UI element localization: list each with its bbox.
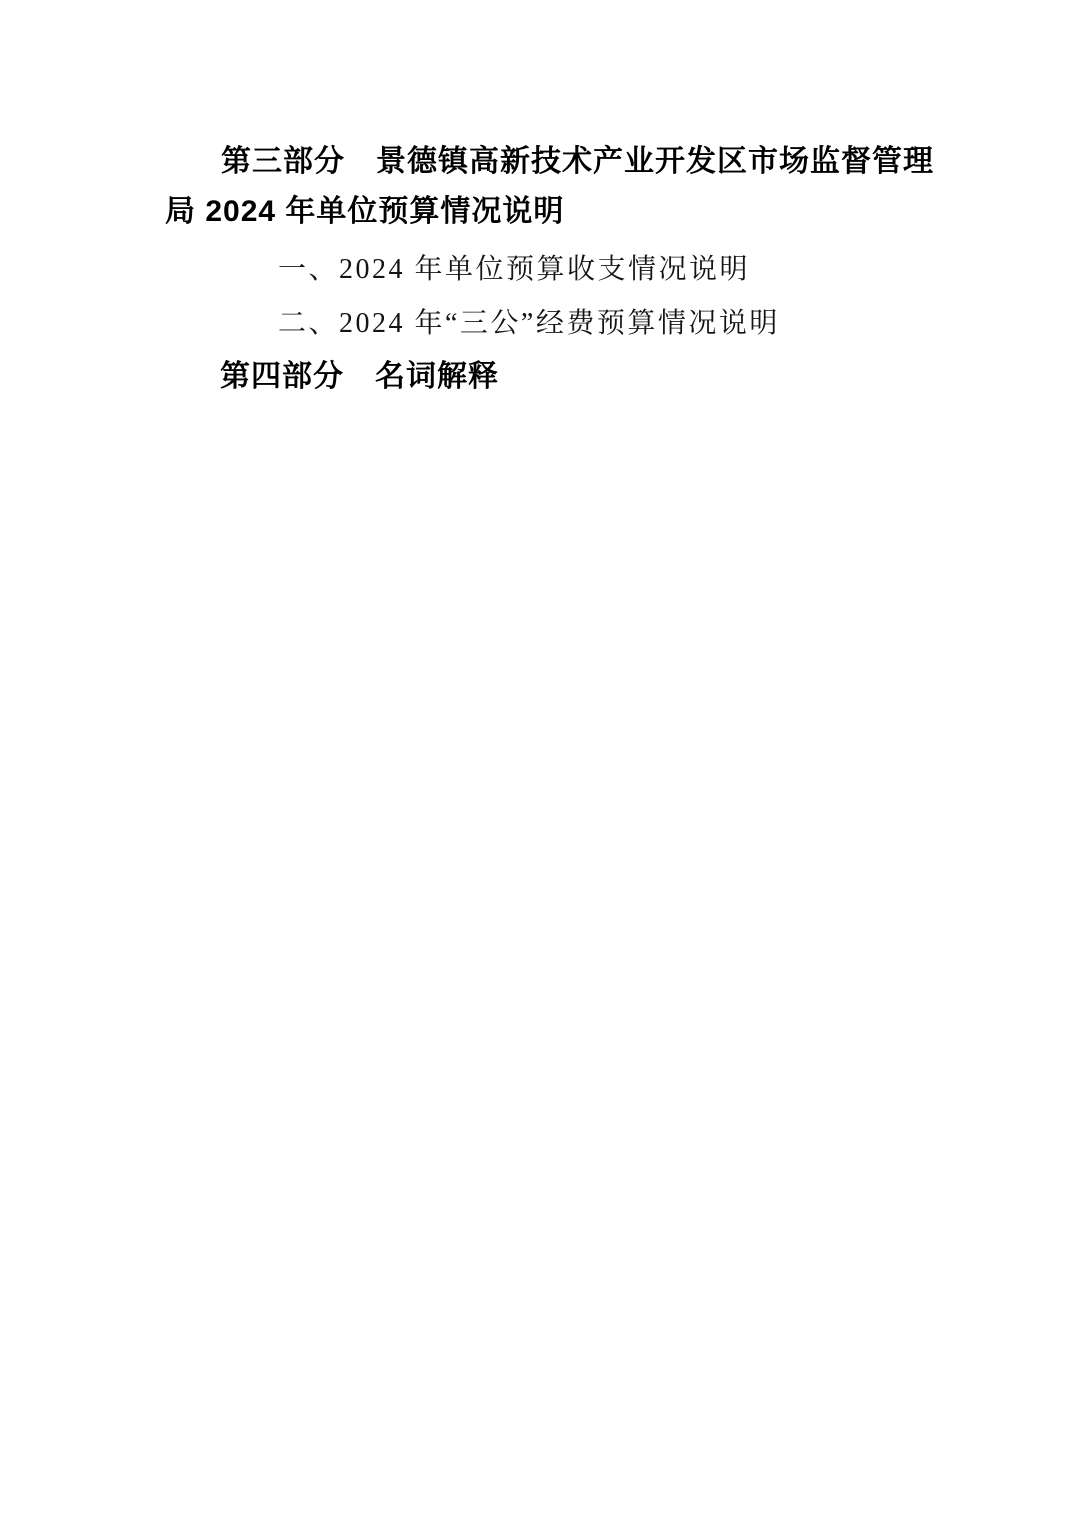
toc-item-budget-revenue-expenditure: 一、2024 年单位预算收支情况说明 <box>278 254 750 286</box>
toc-item-three-public-expenses: 二、2024 年“三公”经费预算情况说明 <box>278 308 780 340</box>
part3-heading-line2: 局 2024 年单位预算情况说明 <box>165 195 564 230</box>
document-page: 第三部分 景德镇高新技术产业开发区市场监督管理 局 2024 年单位预算情况说明… <box>0 0 1074 1520</box>
part4-heading: 第四部分 名词解释 <box>220 360 499 395</box>
part3-heading-line1: 第三部分 景德镇高新技术产业开发区市场监督管理 <box>221 145 934 180</box>
